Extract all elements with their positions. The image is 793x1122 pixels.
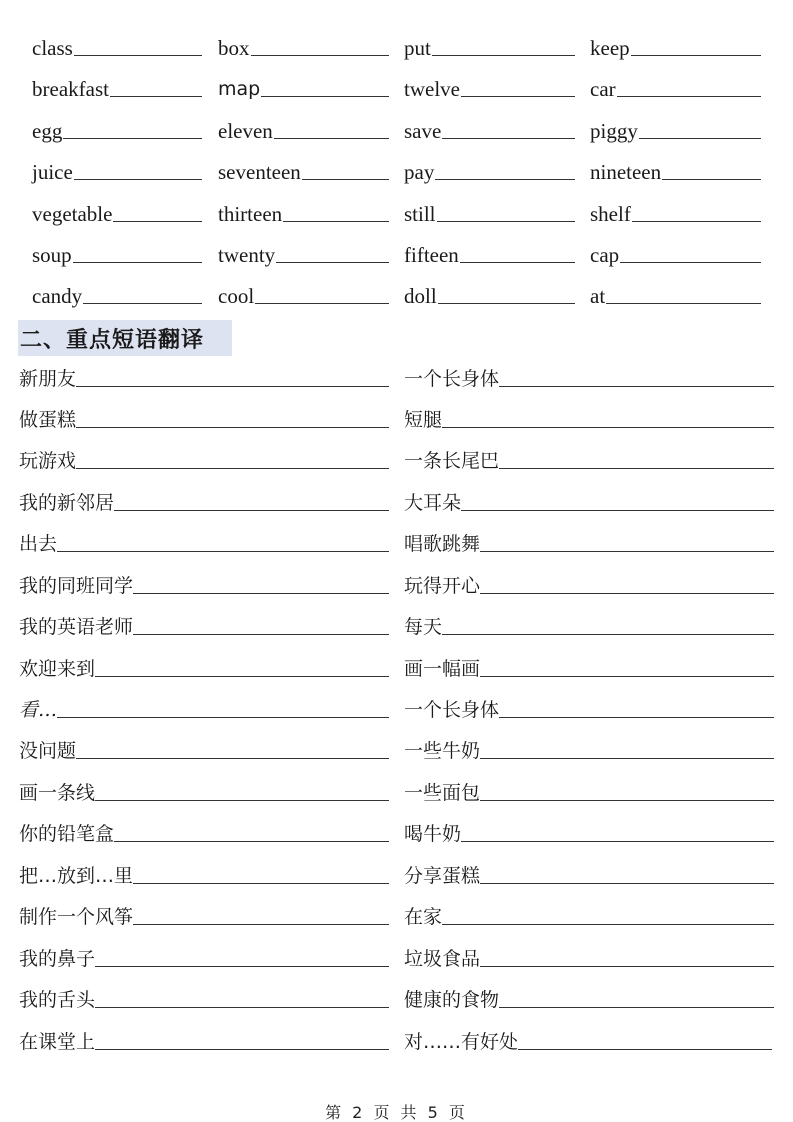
answer-blank[interactable] [133, 924, 389, 925]
phrase-text: 一些牛奶 [404, 739, 480, 763]
vocab-item: cool [218, 278, 389, 308]
phrase-text: 玩得开心 [404, 574, 480, 598]
phrase-text: 在家 [404, 905, 442, 929]
phrase-item: 健康的食物 [404, 982, 774, 1012]
phrase-text: 制作一个风筝 [19, 905, 133, 929]
vocab-word: save [404, 119, 441, 143]
answer-blank[interactable] [480, 593, 774, 594]
vocab-item: keep [590, 30, 761, 60]
vocab-word: at [590, 284, 605, 308]
answer-blank[interactable] [113, 221, 202, 222]
vocab-item: piggy [590, 113, 761, 143]
phrase-text: 你的铅笔盒 [19, 822, 114, 846]
answer-blank[interactable] [438, 303, 575, 304]
vocab-word: juice [32, 160, 73, 184]
phrase-item: 玩游戏 [19, 443, 389, 473]
answer-blank[interactable] [460, 262, 575, 263]
phrase-item: 一条长尾巴 [404, 443, 774, 473]
vocab-item: eleven [218, 113, 389, 143]
answer-blank[interactable] [480, 676, 774, 677]
phrase-row: 把…放到…里 分享蛋糕 [0, 858, 793, 888]
phrase-text: 一些面包 [404, 781, 480, 805]
phrase-item: 我的舌头 [19, 982, 389, 1012]
answer-blank[interactable] [76, 427, 389, 428]
vocab-word: piggy [590, 119, 638, 143]
vocab-item: seventeen [218, 154, 389, 184]
phrase-row: 玩游戏 一条长尾巴 [0, 443, 793, 473]
answer-blank[interactable] [261, 96, 389, 97]
phrase-row: 出去 唱歌跳舞 [0, 526, 793, 556]
answer-blank[interactable] [480, 758, 774, 759]
vocab-word: still [404, 202, 436, 226]
answer-blank[interactable] [631, 55, 761, 56]
answer-blank[interactable] [442, 634, 774, 635]
vocab-word: twelve [404, 77, 460, 101]
page-number: 第 2 页 共 5 页 [0, 1100, 793, 1122]
vocab-row: candy cool doll at [0, 278, 793, 308]
vocab-item: still [404, 196, 575, 226]
phrase-text: 画一幅画 [404, 657, 480, 681]
phrase-text: 做蛋糕 [19, 408, 76, 432]
answer-blank[interactable] [76, 386, 389, 387]
phrase-item: 做蛋糕 [19, 402, 389, 432]
phrase-item: 分享蛋糕 [404, 858, 774, 888]
vocab-item: cap [590, 237, 761, 267]
phrase-item: 没问题 [19, 733, 389, 763]
phrase-item: 对……有好处 [404, 1024, 772, 1054]
phrase-row: 欢迎来到 画一幅画 [0, 651, 793, 681]
vocab-word: eleven [218, 119, 273, 143]
answer-blank[interactable] [274, 138, 389, 139]
phrase-item: 看… [19, 692, 389, 722]
answer-blank[interactable] [480, 883, 774, 884]
vocab-row: soup twenty fifteen cap [0, 237, 793, 267]
vocab-row: juice seventeen pay nineteen [0, 154, 793, 184]
vocab-item: soup [32, 237, 202, 267]
phrase-item: 唱歌跳舞 [404, 526, 774, 556]
phrase-item: 在课堂上 [19, 1024, 389, 1054]
vocab-word: car [590, 77, 616, 101]
phrase-text: 我的新邻居 [19, 491, 114, 515]
answer-blank[interactable] [461, 96, 575, 97]
answer-blank[interactable] [95, 676, 389, 677]
answer-blank[interactable] [95, 800, 389, 801]
vocab-item: twelve [404, 71, 575, 101]
answer-blank[interactable] [518, 1049, 772, 1050]
answer-blank[interactable] [442, 924, 774, 925]
answer-blank[interactable] [133, 634, 389, 635]
phrase-item: 出去 [19, 526, 389, 556]
section-title: 二、重点短语翻译 [20, 323, 204, 354]
answer-blank[interactable] [620, 262, 761, 263]
vocab-word: pay [404, 160, 434, 184]
phrase-row: 做蛋糕 短腿 [0, 402, 793, 432]
answer-blank[interactable] [499, 717, 774, 718]
vocab-item: egg [32, 113, 202, 143]
phrase-item: 一个长身体 [404, 692, 774, 722]
answer-blank[interactable] [499, 386, 774, 387]
phrase-item: 每天 [404, 609, 774, 639]
phrase-row: 画一条线 一些面包 [0, 775, 793, 805]
answer-blank[interactable] [480, 966, 774, 967]
answer-blank[interactable] [499, 468, 774, 469]
phrase-text: 把…放到…里 [19, 864, 133, 888]
phrase-row: 新朋友 一个长身体 [0, 361, 793, 391]
phrase-item: 垃圾食品 [404, 941, 774, 971]
phrase-item: 我的英语老师 [19, 609, 389, 639]
phrase-text: 玩游戏 [19, 449, 76, 473]
phrase-item: 新朋友 [19, 361, 389, 391]
phrase-row: 我的新邻居 大耳朵 [0, 485, 793, 515]
vocab-item: put [404, 30, 575, 60]
answer-blank[interactable] [110, 96, 202, 97]
phrase-row: 你的铅笔盒 喝牛奶 [0, 816, 793, 846]
answer-blank[interactable] [76, 758, 389, 759]
vocab-item: box [218, 30, 389, 60]
vocab-word: twenty [218, 243, 275, 267]
phrase-row: 看… 一个长身体 [0, 692, 793, 722]
phrase-text: 分享蛋糕 [404, 864, 480, 888]
phrase-row: 我的英语老师 每天 [0, 609, 793, 639]
vocab-word: cool [218, 284, 254, 308]
answer-blank[interactable] [276, 262, 389, 263]
vocab-item: nineteen [590, 154, 761, 184]
phrase-item: 一些牛奶 [404, 733, 774, 763]
answer-blank[interactable] [114, 841, 389, 842]
vocab-item: twenty [218, 237, 389, 267]
answer-blank[interactable] [57, 717, 389, 718]
vocab-item: class [32, 30, 202, 60]
phrase-item: 我的鼻子 [19, 941, 389, 971]
answer-blank[interactable] [480, 551, 774, 552]
vocab-word: breakfast [32, 77, 109, 101]
vocab-word: seventeen [218, 160, 301, 184]
phrase-text: 没问题 [19, 739, 76, 763]
vocab-item: car [590, 71, 761, 101]
phrase-text: 看… [19, 698, 57, 722]
vocab-item: fifteen [404, 237, 575, 267]
phrase-text: 短腿 [404, 408, 442, 432]
vocab-word: class [32, 36, 73, 60]
phrase-item: 画一条线 [19, 775, 389, 805]
answer-blank[interactable] [83, 303, 202, 304]
vocab-word: cap [590, 243, 619, 267]
answer-blank[interactable] [461, 841, 774, 842]
phrase-text: 喝牛奶 [404, 822, 461, 846]
phrase-item: 玩得开心 [404, 568, 774, 598]
answer-blank[interactable] [432, 55, 575, 56]
phrase-row: 我的鼻子 垃圾食品 [0, 941, 793, 971]
vocab-item: vegetable [32, 196, 202, 226]
vocab-word: candy [32, 284, 82, 308]
phrase-text: 一个长身体 [404, 367, 499, 391]
answer-blank[interactable] [302, 179, 389, 180]
vocab-item: candy [32, 278, 202, 308]
vocab-word: vegetable [32, 202, 112, 226]
phrase-item: 一个长身体 [404, 361, 774, 391]
answer-blank[interactable] [251, 55, 390, 56]
phrase-item: 欢迎来到 [19, 651, 389, 681]
vocab-item: breakfast [32, 71, 202, 101]
vocab-word: fifteen [404, 243, 459, 267]
answer-blank[interactable] [73, 262, 202, 263]
phrase-row: 制作一个风筝 在家 [0, 899, 793, 929]
answer-blank[interactable] [442, 427, 774, 428]
phrase-text: 在课堂上 [19, 1030, 95, 1054]
vocab-word: doll [404, 284, 437, 308]
answer-blank[interactable] [499, 1007, 774, 1008]
answer-blank[interactable] [74, 55, 202, 56]
phrase-text: 大耳朵 [404, 491, 461, 515]
vocab-word: egg [32, 119, 62, 143]
vocab-word: keep [590, 36, 630, 60]
phrase-text: 对……有好处 [404, 1030, 518, 1054]
vocab-row: class box put keep [0, 30, 793, 60]
answer-blank[interactable] [114, 510, 389, 511]
vocab-word: soup [32, 243, 72, 267]
phrase-text: 新朋友 [19, 367, 76, 391]
answer-blank[interactable] [133, 883, 389, 884]
phrase-text: 出去 [19, 532, 57, 556]
phrase-text: 欢迎来到 [19, 657, 95, 681]
phrase-item: 短腿 [404, 402, 774, 432]
vocab-item: shelf [590, 196, 761, 226]
phrase-text: 唱歌跳舞 [404, 532, 480, 556]
answer-blank[interactable] [639, 138, 761, 139]
phrase-item: 把…放到…里 [19, 858, 389, 888]
answer-blank[interactable] [435, 179, 575, 180]
phrase-item: 一些面包 [404, 775, 774, 805]
answer-blank[interactable] [461, 510, 774, 511]
vocab-word: shelf [590, 202, 631, 226]
vocab-item: at [590, 278, 761, 308]
phrase-text: 我的鼻子 [19, 947, 95, 971]
phrase-text: 每天 [404, 615, 442, 639]
answer-blank[interactable] [480, 800, 774, 801]
phrase-item: 在家 [404, 899, 774, 929]
answer-blank[interactable] [662, 179, 761, 180]
phrase-text: 画一条线 [19, 781, 95, 805]
vocab-item: juice [32, 154, 202, 184]
phrase-item: 你的铅笔盒 [19, 816, 389, 846]
phrase-text: 我的英语老师 [19, 615, 133, 639]
section-heading: 二、重点短语翻译 [18, 320, 232, 356]
phrase-row: 我的舌头 健康的食物 [0, 982, 793, 1012]
phrase-row: 没问题 一些牛奶 [0, 733, 793, 763]
answer-blank[interactable] [57, 551, 389, 552]
answer-blank[interactable] [255, 303, 389, 304]
answer-blank[interactable] [95, 966, 389, 967]
answer-blank[interactable] [437, 221, 575, 222]
phrase-item: 大耳朵 [404, 485, 774, 515]
phrase-row: 我的同班同学 玩得开心 [0, 568, 793, 598]
vocab-word: map [218, 77, 260, 101]
phrase-text: 健康的食物 [404, 988, 499, 1012]
answer-blank[interactable] [63, 138, 202, 139]
answer-blank[interactable] [632, 221, 761, 222]
vocab-item: pay [404, 154, 575, 184]
answer-blank[interactable] [283, 221, 389, 222]
vocab-row: breakfast map twelve car [0, 71, 793, 101]
phrase-text: 我的舌头 [19, 988, 95, 1012]
answer-blank[interactable] [442, 138, 575, 139]
phrase-item: 制作一个风筝 [19, 899, 389, 929]
vocab-word: put [404, 36, 431, 60]
phrase-item: 喝牛奶 [404, 816, 774, 846]
answer-blank[interactable] [617, 96, 761, 97]
phrase-text: 我的同班同学 [19, 574, 133, 598]
answer-blank[interactable] [133, 593, 389, 594]
vocab-row: vegetable thirteen still shelf [0, 196, 793, 226]
vocab-item: map [218, 71, 389, 101]
vocab-item: doll [404, 278, 575, 308]
answer-blank[interactable] [95, 1049, 389, 1050]
vocab-row: egg eleven save piggy [0, 113, 793, 143]
answer-blank[interactable] [606, 303, 761, 304]
vocab-word: thirteen [218, 202, 282, 226]
phrase-text: 一条长尾巴 [404, 449, 499, 473]
answer-blank[interactable] [76, 468, 389, 469]
vocab-word: nineteen [590, 160, 661, 184]
answer-blank[interactable] [95, 1007, 389, 1008]
phrase-item: 我的新邻居 [19, 485, 389, 515]
phrase-text: 一个长身体 [404, 698, 499, 722]
phrase-item: 我的同班同学 [19, 568, 389, 598]
phrase-row: 在课堂上 对……有好处 [0, 1024, 793, 1054]
vocab-item: thirteen [218, 196, 389, 226]
vocab-item: save [404, 113, 575, 143]
phrase-text: 垃圾食品 [404, 947, 480, 971]
vocab-word: box [218, 36, 250, 60]
phrase-item: 画一幅画 [404, 651, 774, 681]
answer-blank[interactable] [74, 179, 202, 180]
